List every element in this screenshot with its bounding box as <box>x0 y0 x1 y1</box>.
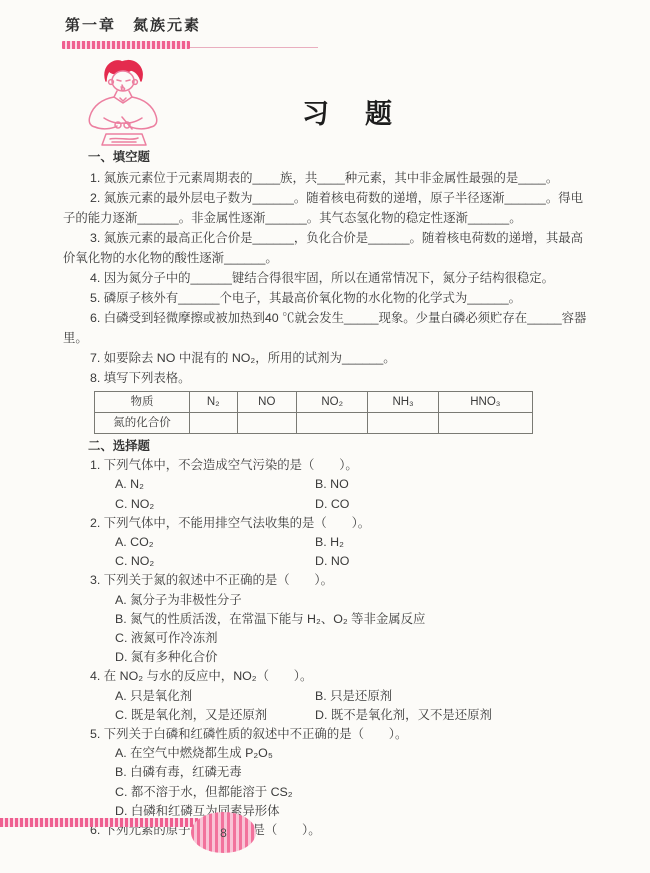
question-stem: 下列气体中，不会造成空气污染的是（ ）。 <box>104 458 358 472</box>
item-text: 因为氮分子中的______键结合得很牢固，所以在通常情况下，氮分子结构很稳定。 <box>104 271 554 285</box>
item-text: 磷原子核外有______个电子，其最高价氧化物的水化物的化学式为______。 <box>104 291 521 305</box>
option-d: D. CO <box>315 495 594 514</box>
option-b: B. H₂ <box>315 533 594 552</box>
textbook-page: 第一章 氮族元素 <box>0 0 650 873</box>
valence-table: 物质 N₂ NO NO₂ NH₃ HNO₃ 氮的化合价 <box>94 391 533 434</box>
question-stem: 在 NO₂ 与水的反应中，NO₂（ ）。 <box>104 669 313 683</box>
question-number: 1. <box>90 458 100 472</box>
option-a: A. 在空气中燃烧都生成 P₂O₅ <box>115 744 594 763</box>
table-header-no2: NO₂ <box>297 392 368 413</box>
question-number: 2. <box>90 516 100 530</box>
table-header-row: 物质 N₂ NO NO₂ NH₃ HNO₃ <box>95 392 533 413</box>
multiple-choice-section: 二、选择题 1. 下列气体中，不会造成空气污染的是（ ）。 A. N₂ B. N… <box>63 437 594 840</box>
table-cell-empty <box>190 413 238 434</box>
choice-question-1-options: A. N₂ B. NO C. NO₂ D. CO <box>63 475 594 513</box>
item-number: 5. <box>90 291 100 305</box>
choice-question-2-options: A. CO₂ B. H₂ C. NO₂ D. NO <box>63 533 594 571</box>
option-c: C. 都不溶于水，但都能溶于 CS₂ <box>115 783 594 802</box>
table-cell-empty <box>297 413 368 434</box>
item-text: 氮族元素的最高正化合价是______，负化合价是______。随着核电荷数的递增… <box>63 231 583 265</box>
item-text: 氮族元素的最外层电子数为______。随着核电荷数的递增，原子半径逐渐_____… <box>63 191 583 225</box>
choice-question-5-options: A. 在空气中燃烧都生成 P₂O₅ B. 白磷有毒，红磷无毒 C. 都不溶于水，… <box>63 744 594 821</box>
option-d: D. 氮有多种化合价 <box>115 648 594 667</box>
student-writing-illustration-icon <box>60 56 184 154</box>
question-stem: 下列气体中，不能用排空气法收集的是（ ）。 <box>104 516 370 530</box>
item-text: 填写下列表格。 <box>104 371 191 385</box>
fill-in-item-1: 1. 氮族元素位于元素周期表的____族，共____种元素，其中非金属性最强的是… <box>63 168 594 188</box>
option-d: D. 既不是氧化剂，又不是还原剂 <box>315 706 594 725</box>
page-number: 8 <box>220 826 227 840</box>
fill-in-item-3: 3. 氮族元素的最高正化合价是______，负化合价是______。随着核电荷数… <box>63 228 594 268</box>
option-c: C. NO₂ <box>115 552 315 571</box>
fill-in-item-5: 5. 磷原子核外有______个电子，其最高价氧化物的水化物的化学式为_____… <box>63 288 594 308</box>
page-title-char: 题 <box>365 92 392 131</box>
page-number-badge: 8 <box>191 812 256 853</box>
fill-in-item-7: 7. 如要除去 NO 中混有的 NO₂，所用的试剂为______。 <box>63 348 594 368</box>
option-d: D. NO <box>315 552 594 571</box>
fill-in-item-2: 2. 氮族元素的最外层电子数为______。随着核电荷数的递增，原子半径逐渐__… <box>63 188 594 228</box>
choice-question-1: 1. 下列气体中，不会造成空气污染的是（ ）。 <box>63 456 594 475</box>
option-c: C. NO₂ <box>115 495 315 514</box>
choice-question-4: 4. 在 NO₂ 与水的反应中，NO₂（ ）。 <box>63 667 594 686</box>
table-cell-empty <box>438 413 532 434</box>
item-text: 氮族元素位于元素周期表的____族，共____种元素，其中非金属性最强的是___… <box>104 171 558 185</box>
choice-question-3-options: A. 氮分子为非极性分子 B. 氮气的性质活泼，在常温下能与 H₂、O₂ 等非金… <box>63 591 594 668</box>
option-b: B. 氮气的性质活泼，在常温下能与 H₂、O₂ 等非金属反应 <box>115 610 594 629</box>
page-title: 习 题 <box>302 92 392 131</box>
question-stem: 下列关于白磷和红磷性质的叙述中不正确的是（ ）。 <box>104 727 408 741</box>
question-number: 5. <box>90 727 100 741</box>
choice-question-4-options: A. 只是氧化剂 B. 只是还原剂 C. 既是氧化剂，又是还原剂 D. 既不是氧… <box>63 687 594 725</box>
footer-decoration-band <box>0 818 200 827</box>
option-a: A. 氮分子为非极性分子 <box>115 591 594 610</box>
header-decoration-line <box>190 47 318 48</box>
item-number: 6. <box>90 311 100 325</box>
choice-question-2: 2. 下列气体中，不能用排空气法收集的是（ ）。 <box>63 514 594 533</box>
fill-in-item-4: 4. 因为氮分子中的______键结合得很牢固，所以在通常情况下，氮分子结构很稳… <box>63 268 594 288</box>
option-c: C. 既是氧化剂，又是还原剂 <box>115 706 315 725</box>
option-b: B. NO <box>315 475 594 494</box>
option-b: B. 只是还原剂 <box>315 687 594 706</box>
option-b: B. 白磷有毒，红磷无毒 <box>115 763 594 782</box>
item-number: 3. <box>90 231 100 245</box>
item-number: 4. <box>90 271 100 285</box>
exercise-content: 一、填空题 1. 氮族元素位于元素周期表的____族，共____种元素，其中非金… <box>63 147 594 840</box>
fill-in-item-8: 8. 填写下列表格。 <box>63 368 594 388</box>
option-a: A. 只是氧化剂 <box>115 687 315 706</box>
table-header-substance: 物质 <box>95 392 190 413</box>
table-header-nh3: NH₃ <box>368 392 438 413</box>
table-row: 氮的化合价 <box>95 413 533 434</box>
item-text: 白磷受到轻微摩擦或被加热到40 ℃就会发生_____现象。少量白磷必须贮存在__… <box>63 311 586 345</box>
fill-in-item-6: 6. 白磷受到轻微摩擦或被加热到40 ℃就会发生_____现象。少量白磷必须贮存… <box>63 308 594 348</box>
option-a: A. CO₂ <box>115 533 315 552</box>
table-cell-empty <box>237 413 296 434</box>
chapter-header: 第一章 氮族元素 <box>65 14 201 35</box>
table-header-no: NO <box>237 392 296 413</box>
table-cell-empty <box>368 413 438 434</box>
item-number: 2. <box>90 191 100 205</box>
question-stem: 下列关于氮的叙述中不正确的是（ ）。 <box>104 573 333 587</box>
table-header-hno3: HNO₃ <box>438 392 532 413</box>
option-c: C. 液氮可作冷冻剂 <box>115 629 594 648</box>
item-number: 8. <box>90 371 100 385</box>
section-heading-fill-in: 一、填空题 <box>63 147 594 168</box>
item-number: 1. <box>90 171 100 185</box>
choice-question-5: 5. 下列关于白磷和红磷性质的叙述中不正确的是（ ）。 <box>63 725 594 744</box>
header-decoration-band <box>62 41 190 49</box>
option-a: A. N₂ <box>115 475 315 494</box>
item-number: 7. <box>90 351 100 365</box>
section-heading-choice: 二、选择题 <box>63 437 594 456</box>
question-number: 4. <box>90 669 100 683</box>
page-title-char: 习 <box>302 92 329 131</box>
item-text: 如要除去 NO 中混有的 NO₂，所用的试剂为______。 <box>104 351 396 365</box>
choice-question-3: 3. 下列关于氮的叙述中不正确的是（ ）。 <box>63 571 594 590</box>
table-header-n2: N₂ <box>190 392 238 413</box>
table-row-label: 氮的化合价 <box>95 413 190 434</box>
question-number: 3. <box>90 573 100 587</box>
